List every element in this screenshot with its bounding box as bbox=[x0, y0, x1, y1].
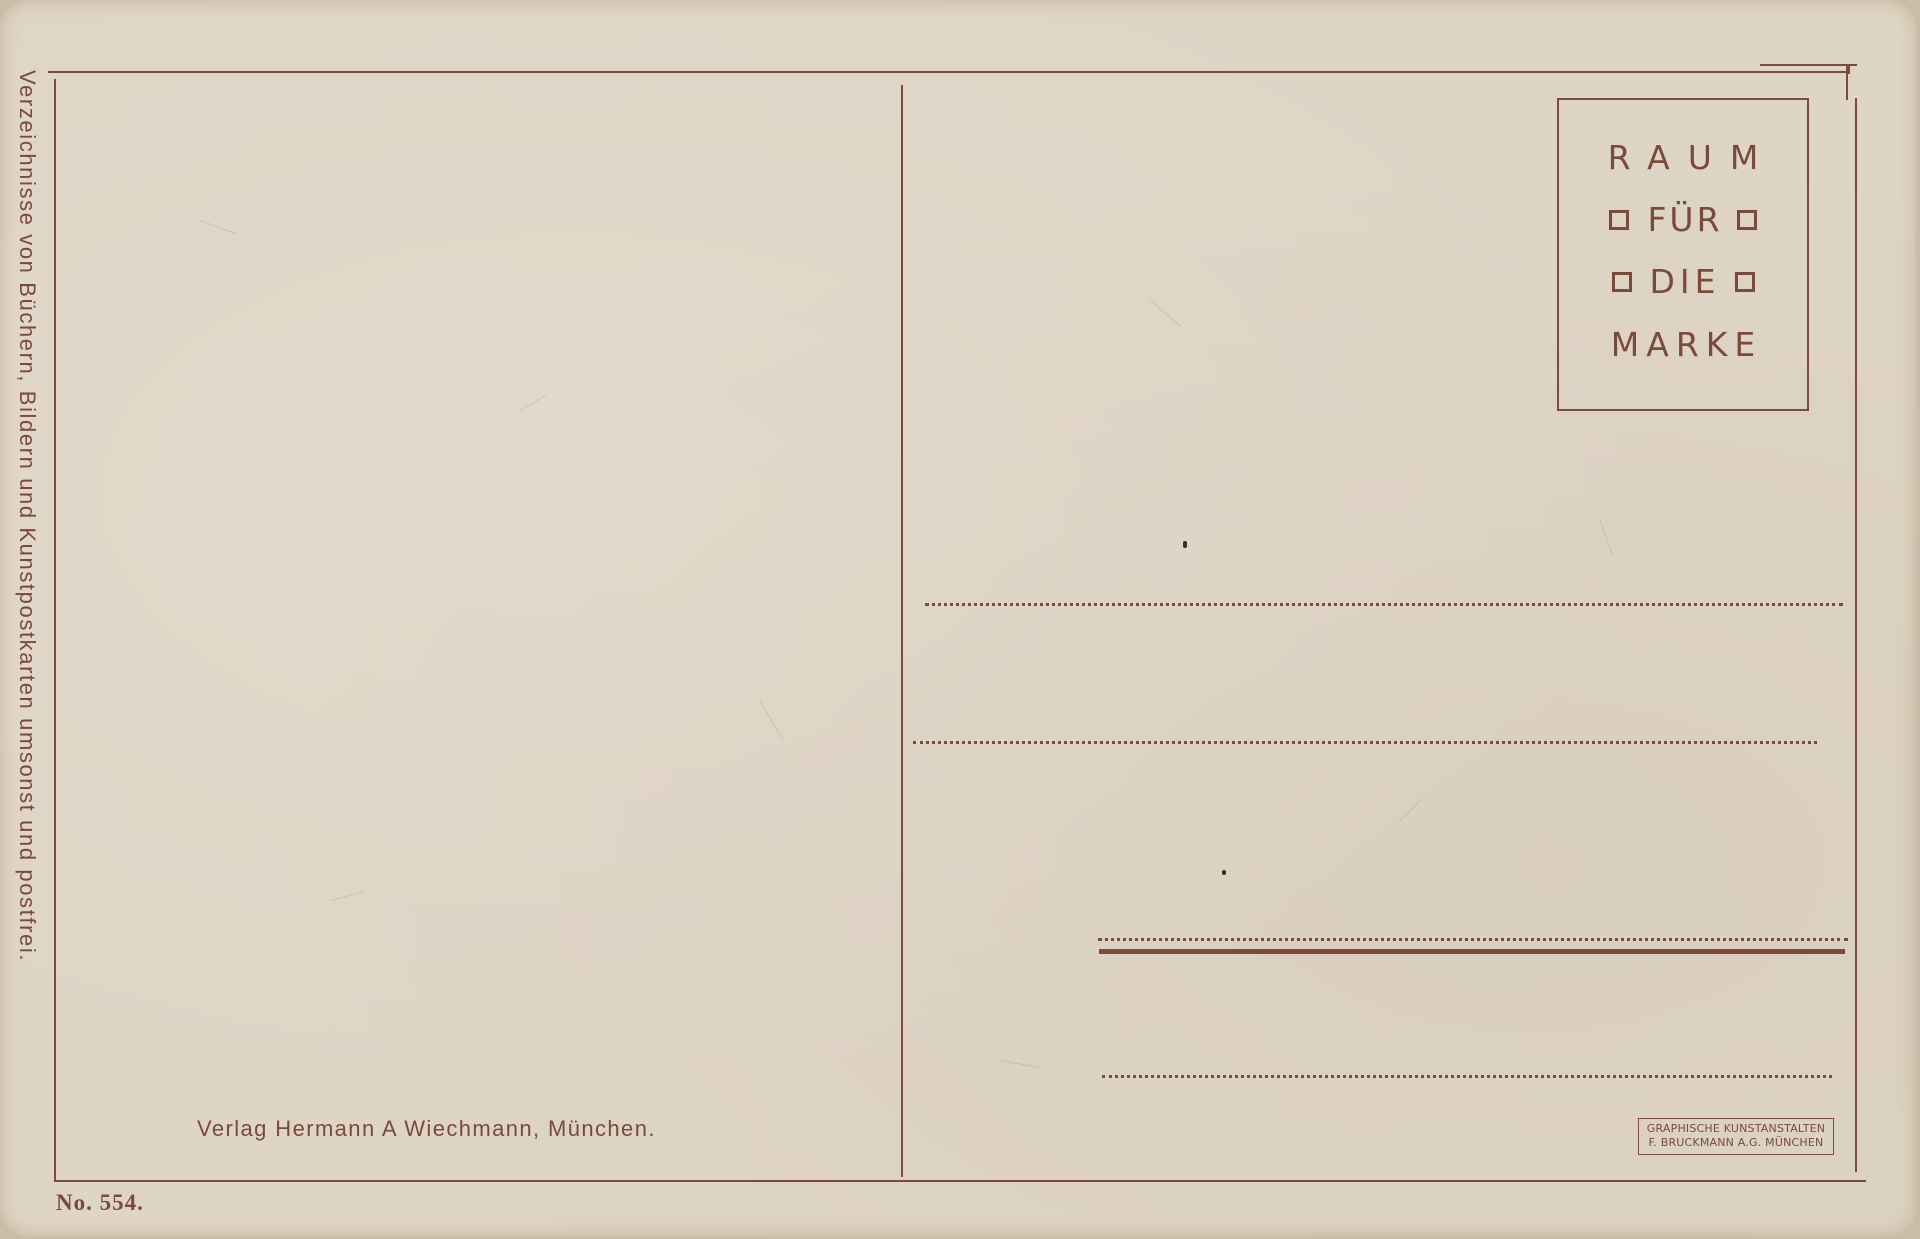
stamp-label-die-row: DIE bbox=[1559, 262, 1807, 301]
postcard-back: Verzeichnisse von Büchern, Bildern und K… bbox=[0, 0, 1916, 1236]
frame-bottom-line bbox=[54, 1180, 1866, 1182]
address-line-4[interactable] bbox=[1102, 1075, 1832, 1078]
address-line-3[interactable] bbox=[1098, 938, 1848, 941]
paper-fiber bbox=[1000, 1060, 1042, 1068]
square-ornament-icon bbox=[1612, 272, 1632, 292]
catalog-notice: Verzeichnisse von Büchern, Bildern und K… bbox=[14, 70, 40, 962]
printer-mark-line2: F. BRUCKMANN A.G. MÜNCHEN bbox=[1639, 1136, 1833, 1150]
frame-top-line bbox=[48, 71, 1848, 73]
printer-mark-line1: GRAPHISCHE KUNSTANSTALTEN bbox=[1639, 1122, 1833, 1136]
center-divider-line bbox=[901, 85, 903, 1177]
printer-mark: GRAPHISCHE KUNSTANSTALTEN F. BRUCKMANN A… bbox=[1638, 1118, 1834, 1155]
frame-top-right-line bbox=[1760, 64, 1857, 66]
square-ornament-icon bbox=[1737, 210, 1757, 230]
stamp-label-fur: FÜR bbox=[1647, 200, 1722, 239]
address-line-2[interactable] bbox=[913, 741, 1817, 744]
paper-fiber bbox=[330, 891, 364, 901]
frame-right-line bbox=[1855, 98, 1857, 1172]
stamp-label-raum: RAUM bbox=[1559, 138, 1807, 177]
square-ornament-icon bbox=[1609, 210, 1629, 230]
paper-fiber bbox=[200, 220, 238, 235]
paper-fiber bbox=[1400, 799, 1422, 821]
frame-left-line bbox=[54, 79, 56, 1181]
paper-fiber bbox=[1600, 520, 1614, 556]
address-underline-bold bbox=[1099, 949, 1845, 954]
paper-fiber bbox=[520, 395, 546, 411]
frame-right-connector bbox=[1846, 64, 1848, 100]
square-ornament-icon bbox=[1735, 272, 1755, 292]
stamp-label-die: DIE bbox=[1650, 262, 1721, 301]
paper-speck bbox=[1183, 541, 1187, 548]
paper-speck bbox=[1222, 870, 1226, 875]
paper-fiber bbox=[760, 700, 783, 739]
serial-number: No. 554. bbox=[56, 1190, 144, 1216]
address-line-1[interactable] bbox=[925, 603, 1843, 606]
stamp-placement-box: RAUM FÜR DIE MARKE bbox=[1557, 98, 1809, 411]
publisher-imprint: Verlag Hermann A Wiechmann, München. bbox=[197, 1116, 656, 1142]
stamp-label-fur-row: FÜR bbox=[1559, 200, 1807, 239]
stamp-label-marke: MARKE bbox=[1559, 325, 1807, 364]
paper-fiber bbox=[1150, 300, 1181, 326]
